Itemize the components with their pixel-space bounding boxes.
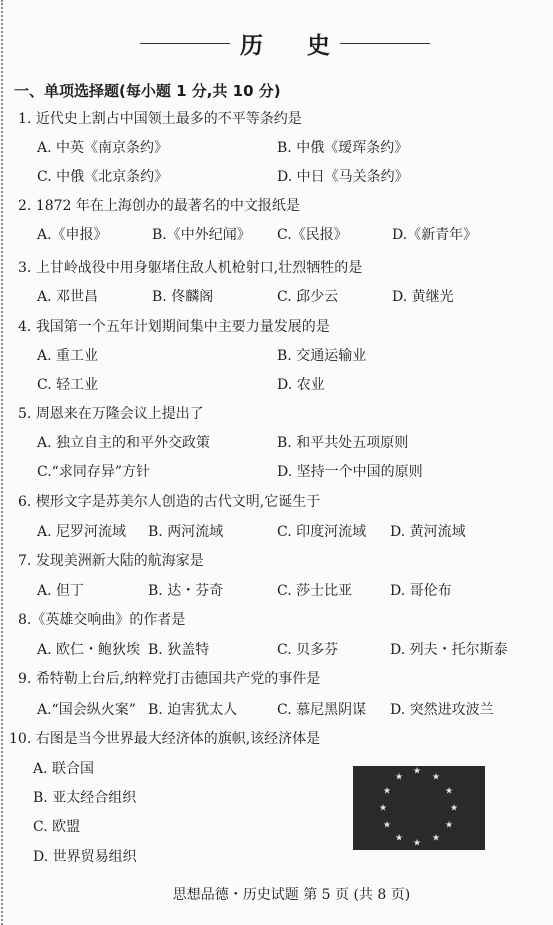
option-d[interactable]: D. 中日《马关条约》 xyxy=(277,168,409,186)
question-6: 6. 楔形文字是苏美尔人创造的古代文明,它诞生于 xyxy=(18,493,320,511)
question-text: 1872 年在上海创办的最著名的中文报纸是 xyxy=(36,198,300,214)
option-b[interactable]: B. 狄盖特 xyxy=(148,641,209,659)
question-text: 楔形文字是苏美尔人创造的古代文明,它诞生于 xyxy=(36,494,320,510)
question-1: 1. 近代史上割占中国领土最多的不平等条约是 xyxy=(18,110,302,128)
option-d[interactable]: D. 突然进攻波兰 xyxy=(390,701,494,719)
option-a[interactable]: A. 欧仁・鲍狄埃 xyxy=(37,641,140,659)
star-icon: ★ xyxy=(383,822,391,831)
question-7: 7. 发现美洲新大陆的航海家是 xyxy=(18,552,204,570)
option-a[interactable]: A. 独立自主的和平外交政策 xyxy=(37,434,210,452)
option-a[interactable]: A. 联合国 xyxy=(33,760,94,778)
question-number: 8. xyxy=(18,612,31,628)
option-d[interactable]: D. 黄继光 xyxy=(392,288,454,306)
question-number: 6. xyxy=(18,494,31,510)
star-icon: ★ xyxy=(379,805,387,814)
question-text: 《英雄交响曲》的作者是 xyxy=(31,612,185,628)
page-footer: 思想品德・历史试题 第 5 页 (共 8 页) xyxy=(0,884,553,904)
option-a[interactable]: A. 尼罗河流域 xyxy=(37,523,126,541)
page-title-row: 历 史 xyxy=(140,26,430,60)
option-d[interactable]: D. 坚持一个中国的原则 xyxy=(277,463,423,481)
option-c[interactable]: C. 印度河流域 xyxy=(277,523,366,541)
eu-flag-figure: ★ ★ ★ ★ ★ ★ ★ ★ ★ ★ ★ ★ xyxy=(353,766,485,850)
option-a[interactable]: A. 重工业 xyxy=(37,347,98,365)
page-title: 历 史 xyxy=(230,27,348,60)
option-a[interactable]: A. 中英《南京条约》 xyxy=(37,139,168,157)
question-text: 右图是当今世界最大经济体的旗帜,该经济体是 xyxy=(36,731,320,747)
option-d[interactable]: D. 世界贸易组织 xyxy=(33,848,137,866)
star-icon: ★ xyxy=(445,822,453,831)
option-b[interactable]: B. 迫害犹太人 xyxy=(148,701,237,719)
question-5: 5. 周恩来在万隆会议上提出了 xyxy=(18,405,204,423)
title-rule-right xyxy=(340,43,430,44)
option-a[interactable]: A.“国会纵火案” xyxy=(37,701,136,719)
option-a[interactable]: A. 但丁 xyxy=(37,582,84,600)
question-text: 希特勒上台后,纳粹党打击德国共产党的事件是 xyxy=(36,671,320,687)
option-b[interactable]: B. 达・芬奇 xyxy=(148,582,223,600)
question-number: 3. xyxy=(18,260,31,276)
question-number: 4. xyxy=(18,319,31,335)
question-3: 3. 上甘岭战役中用身躯堵住敌人机枪射口,壮烈牺牲的是 xyxy=(18,259,362,277)
question-text: 我国第一个五年计划期间集中主要力量发展的是 xyxy=(36,319,330,335)
question-number: 10. xyxy=(9,731,31,747)
option-b[interactable]: B. 亚太经合组织 xyxy=(33,789,136,807)
option-b[interactable]: B. 交通运输业 xyxy=(277,347,366,365)
option-a[interactable]: A.《申报》 xyxy=(37,226,108,244)
title-rule-left xyxy=(140,43,230,44)
star-icon: ★ xyxy=(395,774,403,783)
question-text: 周恩来在万隆会议上提出了 xyxy=(36,406,204,422)
question-8: 8.《英雄交响曲》的作者是 xyxy=(18,611,185,629)
star-icon: ★ xyxy=(383,788,391,797)
option-c[interactable]: C. 轻工业 xyxy=(37,376,98,394)
question-2: 2. 1872 年在上海创办的最著名的中文报纸是 xyxy=(18,197,300,215)
star-icon: ★ xyxy=(413,840,421,849)
option-d[interactable]: D. 黄河流域 xyxy=(390,523,466,541)
option-b[interactable]: B. 和平共处五项原则 xyxy=(277,434,408,452)
question-number: 1. xyxy=(18,111,31,127)
star-icon: ★ xyxy=(395,835,403,844)
option-b[interactable]: B.《中外纪闻》 xyxy=(152,226,251,244)
star-icon: ★ xyxy=(413,768,421,777)
option-c[interactable]: C. 欧盟 xyxy=(33,818,80,836)
question-10: 10. 右图是当今世界最大经济体的旗帜,该经济体是 xyxy=(9,730,320,748)
section-heading: 一、单项选择题(每小题 1 分,共 10 分) xyxy=(14,80,281,101)
question-9: 9. 希特勒上台后,纳粹党打击德国共产党的事件是 xyxy=(18,670,320,688)
question-text: 上甘岭战役中用身躯堵住敌人机枪射口,壮烈牺牲的是 xyxy=(36,260,362,276)
option-c[interactable]: C.“求同存异”方针 xyxy=(37,463,150,481)
star-icon: ★ xyxy=(445,788,453,797)
option-c[interactable]: C.《民报》 xyxy=(277,226,348,244)
question-number: 2. xyxy=(18,198,31,214)
option-c[interactable]: C. 莎士比亚 xyxy=(277,582,352,600)
question-number: 5. xyxy=(18,406,31,422)
option-d[interactable]: D. 列夫・托尔斯泰 xyxy=(390,641,508,659)
star-icon: ★ xyxy=(432,774,440,783)
binding-dotted-border xyxy=(1,0,3,925)
question-4: 4. 我国第一个五年计划期间集中主要力量发展的是 xyxy=(18,318,330,336)
question-number: 7. xyxy=(18,553,31,569)
option-d[interactable]: D. 哥伦布 xyxy=(390,582,452,600)
question-text: 近代史上割占中国领土最多的不平等条约是 xyxy=(36,111,302,127)
star-icon: ★ xyxy=(450,805,458,814)
option-d[interactable]: D. 农业 xyxy=(277,376,325,394)
option-b[interactable]: B. 中俄《瑷珲条约》 xyxy=(277,139,408,157)
option-c[interactable]: C. 中俄《北京条约》 xyxy=(37,168,168,186)
option-d[interactable]: D.《新青年》 xyxy=(392,226,477,244)
star-icon: ★ xyxy=(432,835,440,844)
question-number: 9. xyxy=(18,671,31,687)
question-text: 发现美洲新大陆的航海家是 xyxy=(36,553,204,569)
option-c[interactable]: C. 慕尼黑阴谋 xyxy=(277,701,366,719)
option-b[interactable]: B. 两河流域 xyxy=(148,523,223,541)
option-c[interactable]: C. 邱少云 xyxy=(277,288,338,306)
option-b[interactable]: B. 佟麟阁 xyxy=(152,288,213,306)
option-a[interactable]: A. 邓世昌 xyxy=(37,288,98,306)
option-c[interactable]: C. 贝多芬 xyxy=(277,641,338,659)
